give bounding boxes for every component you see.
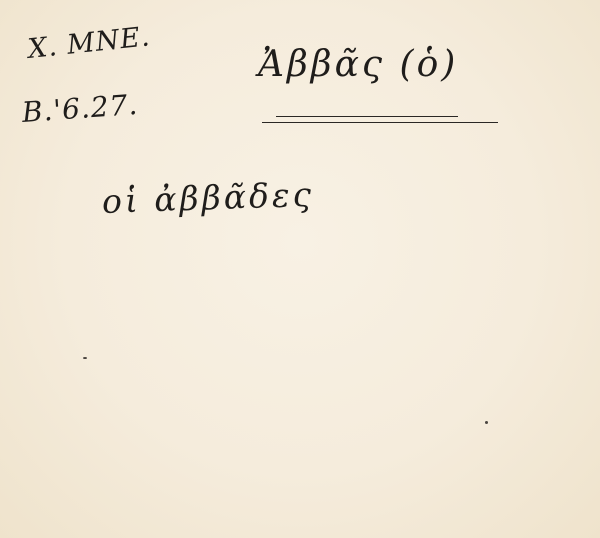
headword-underline-upper	[276, 116, 458, 117]
headword-underline-lower	[262, 122, 498, 123]
paper-speck	[485, 421, 488, 424]
paper-speck	[83, 357, 87, 359]
headword: Ἀββᾶς (ὁ)	[258, 44, 458, 85]
source-reference-line1: Χ. ΜΝΕ.	[26, 21, 152, 65]
index-card: Χ. ΜΝΕ. Β.'6.27. Ἀββᾶς (ὁ) οἱ ἀββᾶδες	[0, 0, 600, 538]
source-reference-line2: Β.'6.27.	[21, 88, 139, 129]
plural-form: οἱ ἀββᾶδες	[101, 175, 314, 221]
